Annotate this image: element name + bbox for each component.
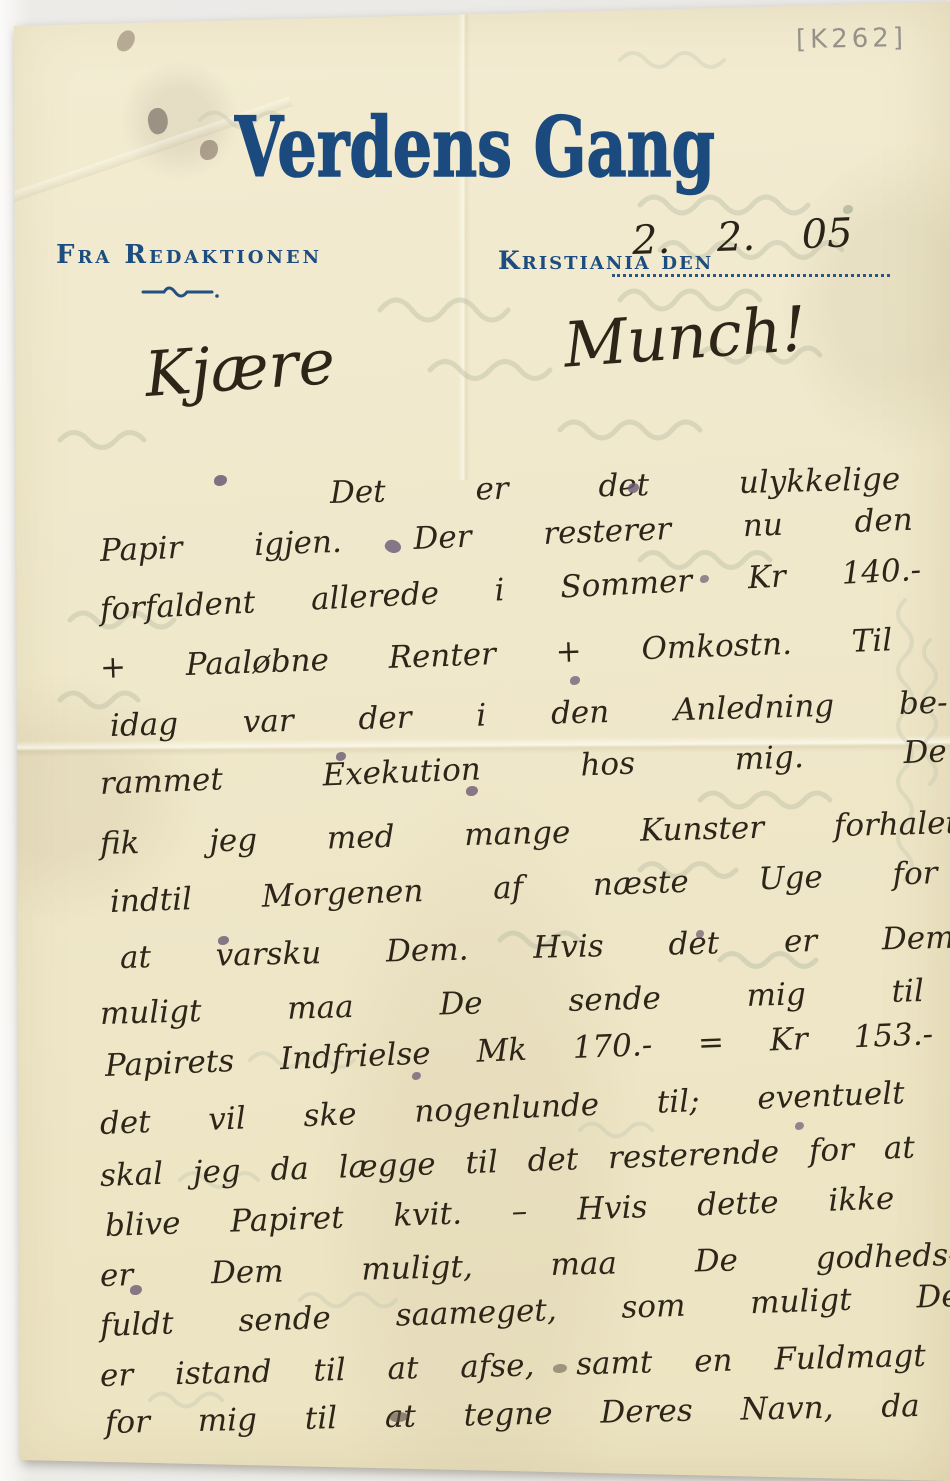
handwritten-line: indtil Morgenen af næste Uge for bbox=[109, 855, 938, 920]
handwritten-line: er istand til at afse, samt en Fuldmagt bbox=[100, 1338, 927, 1394]
ink-stain bbox=[130, 1285, 142, 1295]
handwritten-line: at varsku Dem. Hvis det er Dem bbox=[120, 920, 950, 976]
catalog-number-annotation: [K262] bbox=[796, 23, 907, 55]
masthead-title: Verdens Gang bbox=[234, 100, 715, 196]
ink-stain bbox=[115, 28, 138, 54]
ink-stain bbox=[214, 475, 227, 486]
handwritten-line: blive Papiret kvit. – Hvis dette ikke bbox=[104, 1180, 894, 1244]
squiggle-ornament-icon bbox=[140, 282, 220, 302]
ink-stain bbox=[570, 676, 580, 685]
handwritten-line: for mig til at tegne Deres Navn, da bbox=[105, 1388, 920, 1441]
fold-crease-vertical bbox=[458, 0, 470, 480]
ink-stain bbox=[145, 106, 171, 136]
letter-paper: Verdens Gang Fra Redaktionen Kristiania … bbox=[0, 0, 950, 1481]
salutation: Kjære Munch! bbox=[142, 292, 808, 411]
handwritten-line: + Paaløbne Renter + Omkostn. Til bbox=[99, 622, 892, 686]
letter-paper-wrapper: Verdens Gang Fra Redaktionen Kristiania … bbox=[0, 0, 950, 1481]
handwritten-line: Det er det ulykkelige bbox=[330, 461, 901, 511]
masthead: Verdens Gang bbox=[205, 78, 745, 208]
ink-stain bbox=[412, 1072, 421, 1080]
ink-stain bbox=[795, 1122, 804, 1130]
handwritten-line: det vil ske nogenlunde til; eventuelt bbox=[99, 1075, 905, 1142]
sender-line: Fra Redaktionen bbox=[56, 240, 322, 270]
handwritten-line: fik jeg med mange Kunster forhalet bbox=[100, 805, 950, 862]
handwritten-date: 2. 2. 05 bbox=[631, 210, 853, 264]
ink-stain bbox=[466, 786, 478, 796]
